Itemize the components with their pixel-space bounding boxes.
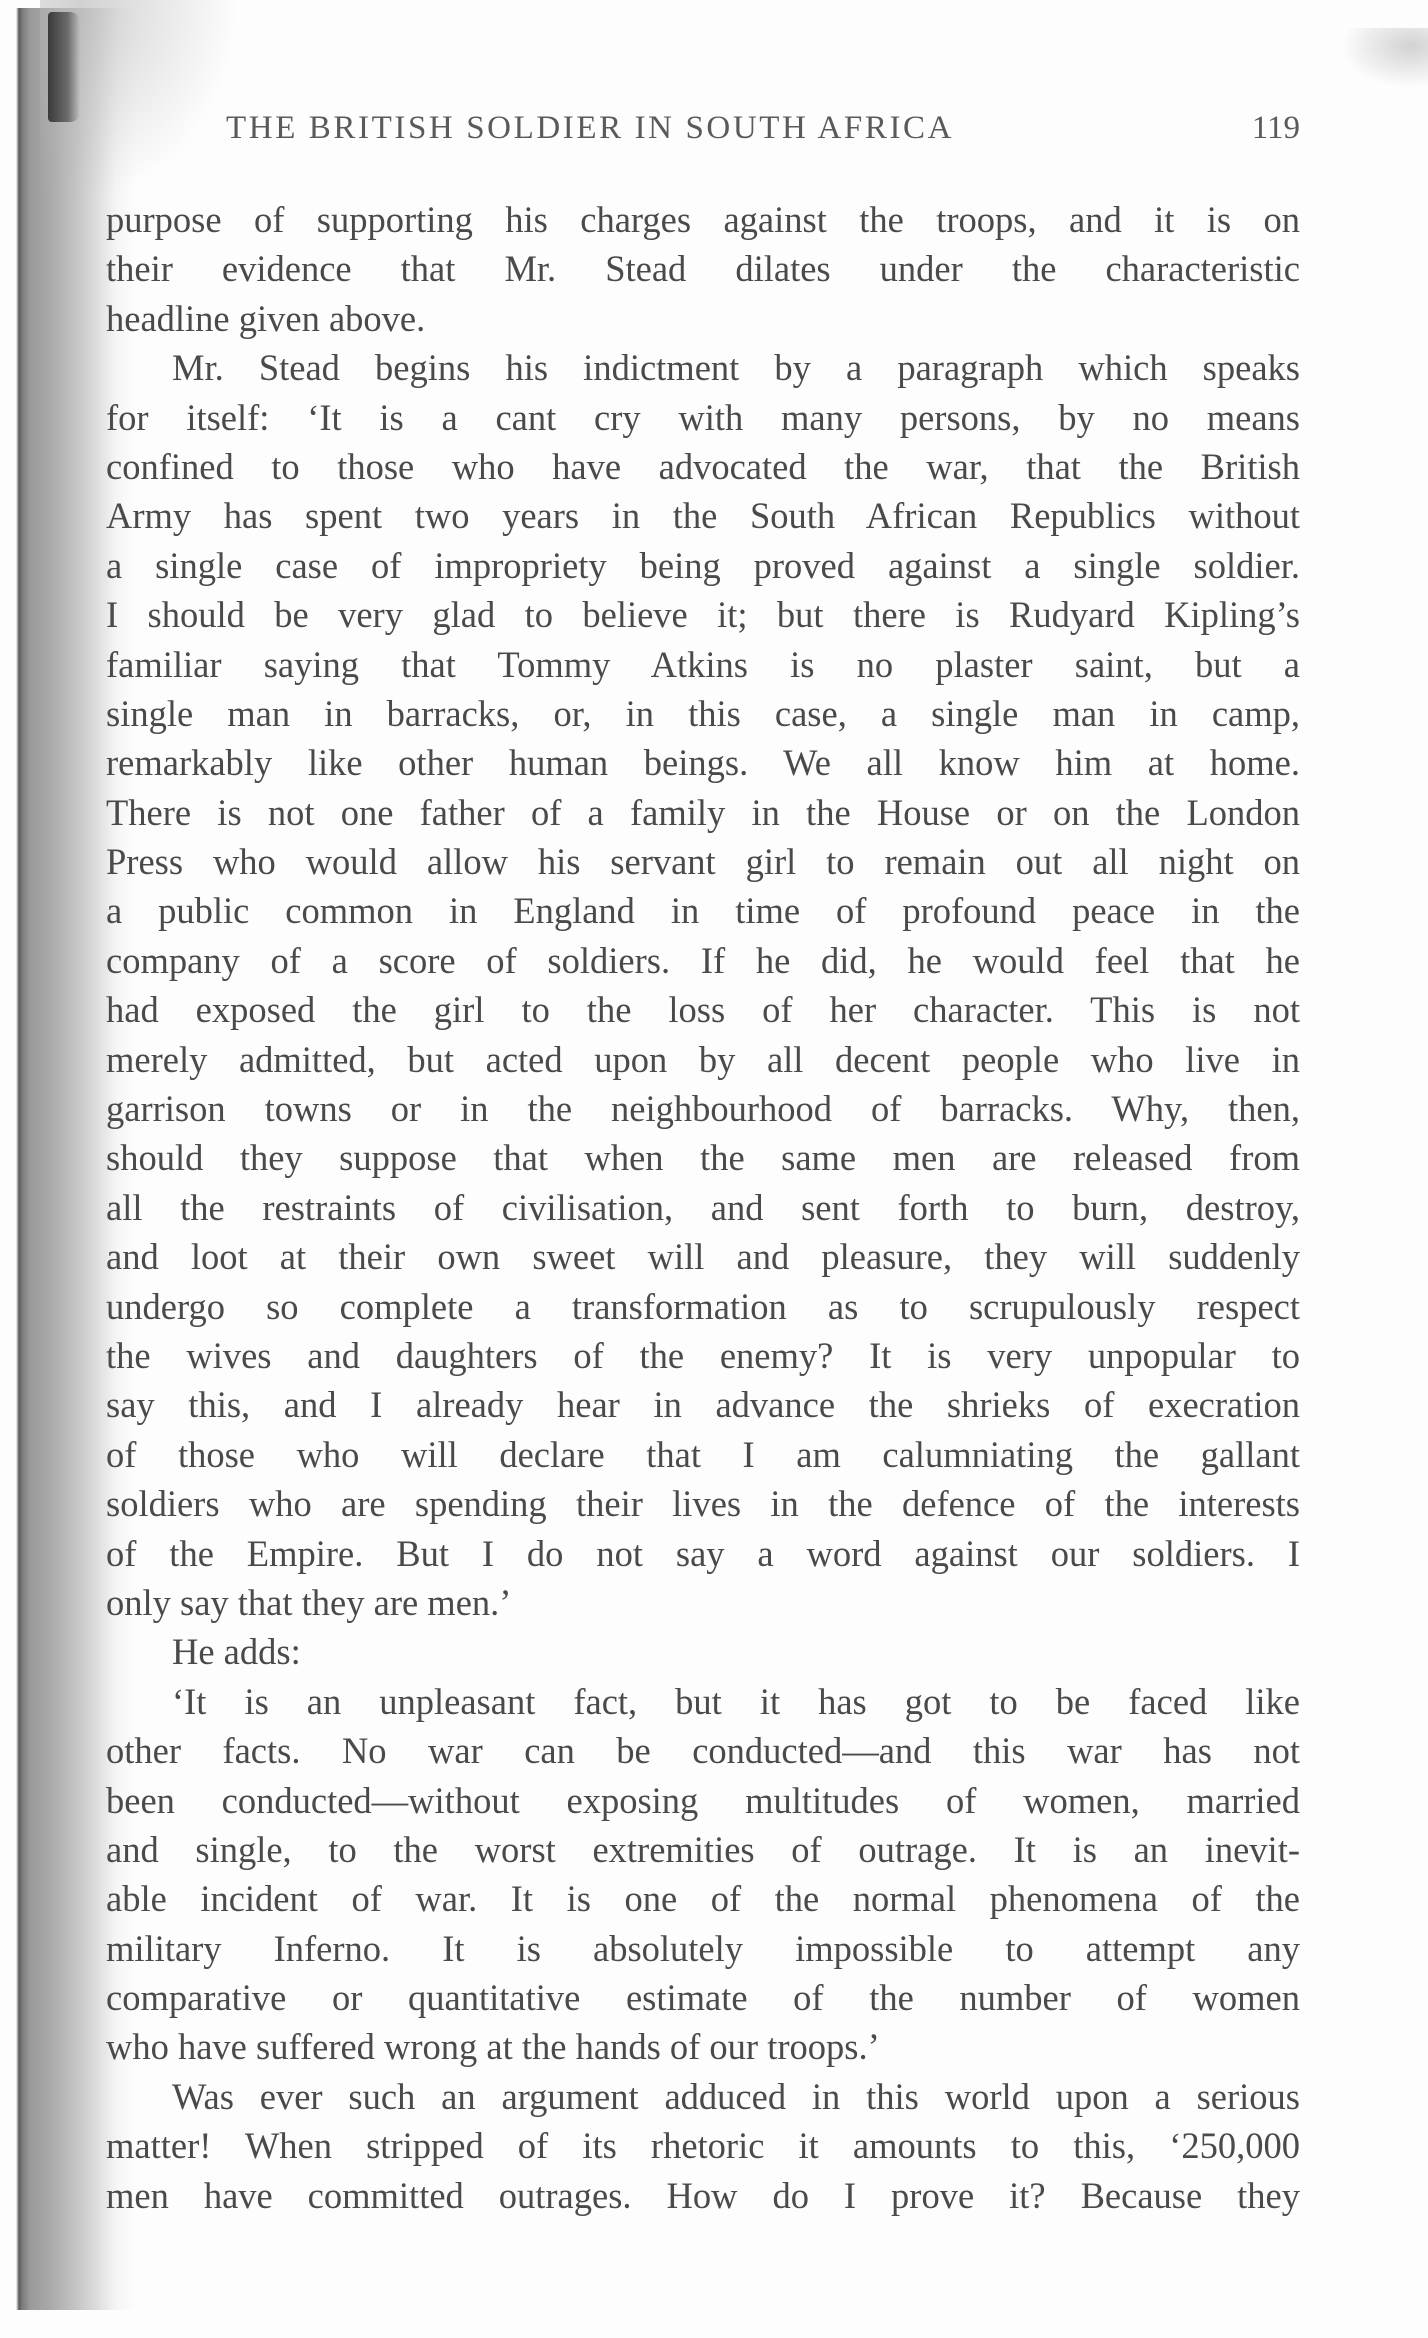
text-line: Mr. Stead begins his indictment by a par…	[106, 343, 1300, 392]
text-line-content: should they suppose that when the same m…	[106, 1133, 1300, 1182]
text-line: confined to those who have advocated the…	[106, 442, 1300, 491]
text-line-content: remarkably like other human beings. We a…	[106, 738, 1300, 787]
text-line: their evidence that Mr. Stead dilates un…	[106, 244, 1300, 293]
text-line: There is not one father of a family in t…	[106, 788, 1300, 837]
text-line-content: confined to those who have advocated the…	[106, 442, 1300, 491]
text-line: been conducted—without exposing multitud…	[106, 1776, 1300, 1825]
binding-dark-edge	[48, 12, 80, 122]
text-line-content: military Inferno. It is absolutely impos…	[106, 1924, 1300, 1973]
text-line: say this, and I already hear in advance …	[106, 1380, 1300, 1429]
text-line-content: a single case of impropriety being prove…	[106, 541, 1300, 590]
text-line-content: men have committed outrages. How do I pr…	[106, 2171, 1300, 2220]
text-line-content: undergo so complete a transformation as …	[106, 1282, 1300, 1331]
text-line: military Inferno. It is absolutely impos…	[106, 1924, 1300, 1973]
text-line: who have suffered wrong at the hands of …	[106, 2022, 1300, 2071]
text-line: and loot at their own sweet will and ple…	[106, 1232, 1300, 1281]
body-text: purpose of supporting his charges agains…	[106, 195, 1300, 2220]
corner-smudge	[1340, 28, 1428, 88]
text-line: company of a score of soldiers. If he di…	[106, 936, 1300, 985]
text-line: matter! When stripped of its rhetoric it…	[106, 2121, 1300, 2170]
text-line: Was ever such an argument adduced in thi…	[106, 2072, 1300, 2121]
text-line: Press who would allow his servant girl t…	[106, 837, 1300, 886]
text-line-content: ‘It is an unpleasant fact, but it has go…	[172, 1677, 1300, 1726]
text-line-content: There is not one father of a family in t…	[106, 788, 1300, 837]
text-line: other facts. No war can be conducted—and…	[106, 1726, 1300, 1775]
running-head-title: THE BRITISH SOLDIER IN SOUTH AFRICA	[226, 110, 954, 147]
text-line-content: comparative or quantitative estimate of …	[106, 1973, 1300, 2022]
text-line: of those who will declare that I am calu…	[106, 1430, 1300, 1479]
text-line-content: I should be very glad to believe it; but…	[106, 590, 1300, 639]
text-line-content: He adds:	[172, 1627, 1300, 1676]
text-line-content: Was ever such an argument adduced in thi…	[172, 2072, 1300, 2121]
text-line: the wives and daughters of the enemy? It…	[106, 1331, 1300, 1380]
text-line-content: soldiers who are spending their lives in…	[106, 1479, 1300, 1528]
text-line-content: all the restraints of civilisation, and …	[106, 1183, 1300, 1232]
text-line-content: able incident of war. It is one of the n…	[106, 1874, 1300, 1923]
text-line-content: had exposed the girl to the loss of her …	[106, 985, 1300, 1034]
text-line: should they suppose that when the same m…	[106, 1133, 1300, 1182]
text-line: comparative or quantitative estimate of …	[106, 1973, 1300, 2022]
text-line: garrison towns or in the neighbourhood o…	[106, 1084, 1300, 1133]
text-line-content: a public common in England in time of pr…	[106, 886, 1300, 935]
text-line: and single, to the worst extremities of …	[106, 1825, 1300, 1874]
text-line: all the restraints of civilisation, and …	[106, 1183, 1300, 1232]
text-line-content: of those who will declare that I am calu…	[106, 1430, 1300, 1479]
text-line-content: Press who would allow his servant girl t…	[106, 837, 1300, 886]
text-line-content: been conducted—without exposing multitud…	[106, 1776, 1300, 1825]
text-line: remarkably like other human beings. We a…	[106, 738, 1300, 787]
text-line: soldiers who are spending their lives in…	[106, 1479, 1300, 1528]
text-line-content: matter! When stripped of its rhetoric it…	[106, 2121, 1300, 2170]
text-line: a single case of impropriety being prove…	[106, 541, 1300, 590]
text-line: men have committed outrages. How do I pr…	[106, 2171, 1300, 2220]
text-line: purpose of supporting his charges agains…	[106, 195, 1300, 244]
running-head: THE BRITISH SOLDIER IN SOUTH AFRICA 119	[106, 110, 1300, 150]
text-line-content: single man in barracks, or, in this case…	[106, 689, 1300, 738]
text-line-content: Army has spent two years in the South Af…	[106, 491, 1300, 540]
text-line: familiar saying that Tommy Atkins is no …	[106, 640, 1300, 689]
text-line: merely admitted, but acted upon by all d…	[106, 1035, 1300, 1084]
text-line-content: merely admitted, but acted upon by all d…	[106, 1035, 1300, 1084]
text-line-content: only say that they are men.’	[106, 1578, 1300, 1627]
text-line: for itself: ‘It is a cant cry with many …	[106, 393, 1300, 442]
text-line-content: purpose of supporting his charges agains…	[106, 195, 1300, 244]
text-line: I should be very glad to believe it; but…	[106, 590, 1300, 639]
text-line-content: of the Empire. But I do not say a word a…	[106, 1529, 1300, 1578]
text-line: ‘It is an unpleasant fact, but it has go…	[106, 1677, 1300, 1726]
text-line-content: who have suffered wrong at the hands of …	[106, 2022, 1300, 2071]
text-line: undergo so complete a transformation as …	[106, 1282, 1300, 1331]
text-line: had exposed the girl to the loss of her …	[106, 985, 1300, 1034]
text-line-content: Mr. Stead begins his indictment by a par…	[172, 343, 1300, 392]
text-line-content: and single, to the worst extremities of …	[106, 1825, 1300, 1874]
text-line-content: familiar saying that Tommy Atkins is no …	[106, 640, 1300, 689]
text-line: single man in barracks, or, in this case…	[106, 689, 1300, 738]
text-line-content: say this, and I already hear in advance …	[106, 1380, 1300, 1429]
text-line-content: and loot at their own sweet will and ple…	[106, 1232, 1300, 1281]
text-line: only say that they are men.’	[106, 1578, 1300, 1627]
text-line: Army has spent two years in the South Af…	[106, 491, 1300, 540]
text-line: of the Empire. But I do not say a word a…	[106, 1529, 1300, 1578]
text-line-content: headline given above.	[106, 294, 1300, 343]
text-line-content: garrison towns or in the neighbourhood o…	[106, 1084, 1300, 1133]
text-line-content: the wives and daughters of the enemy? It…	[106, 1331, 1300, 1380]
text-line: a public common in England in time of pr…	[106, 886, 1300, 935]
text-line-content: other facts. No war can be conducted—and…	[106, 1726, 1300, 1775]
text-line-content: company of a score of soldiers. If he di…	[106, 936, 1300, 985]
text-line: He adds:	[106, 1627, 1300, 1676]
text-line: able incident of war. It is one of the n…	[106, 1874, 1300, 1923]
text-line: headline given above.	[106, 294, 1300, 343]
text-line-content: for itself: ‘It is a cant cry with many …	[106, 393, 1300, 442]
page-number: 119	[1252, 110, 1300, 147]
text-line-content: their evidence that Mr. Stead dilates un…	[106, 244, 1300, 293]
